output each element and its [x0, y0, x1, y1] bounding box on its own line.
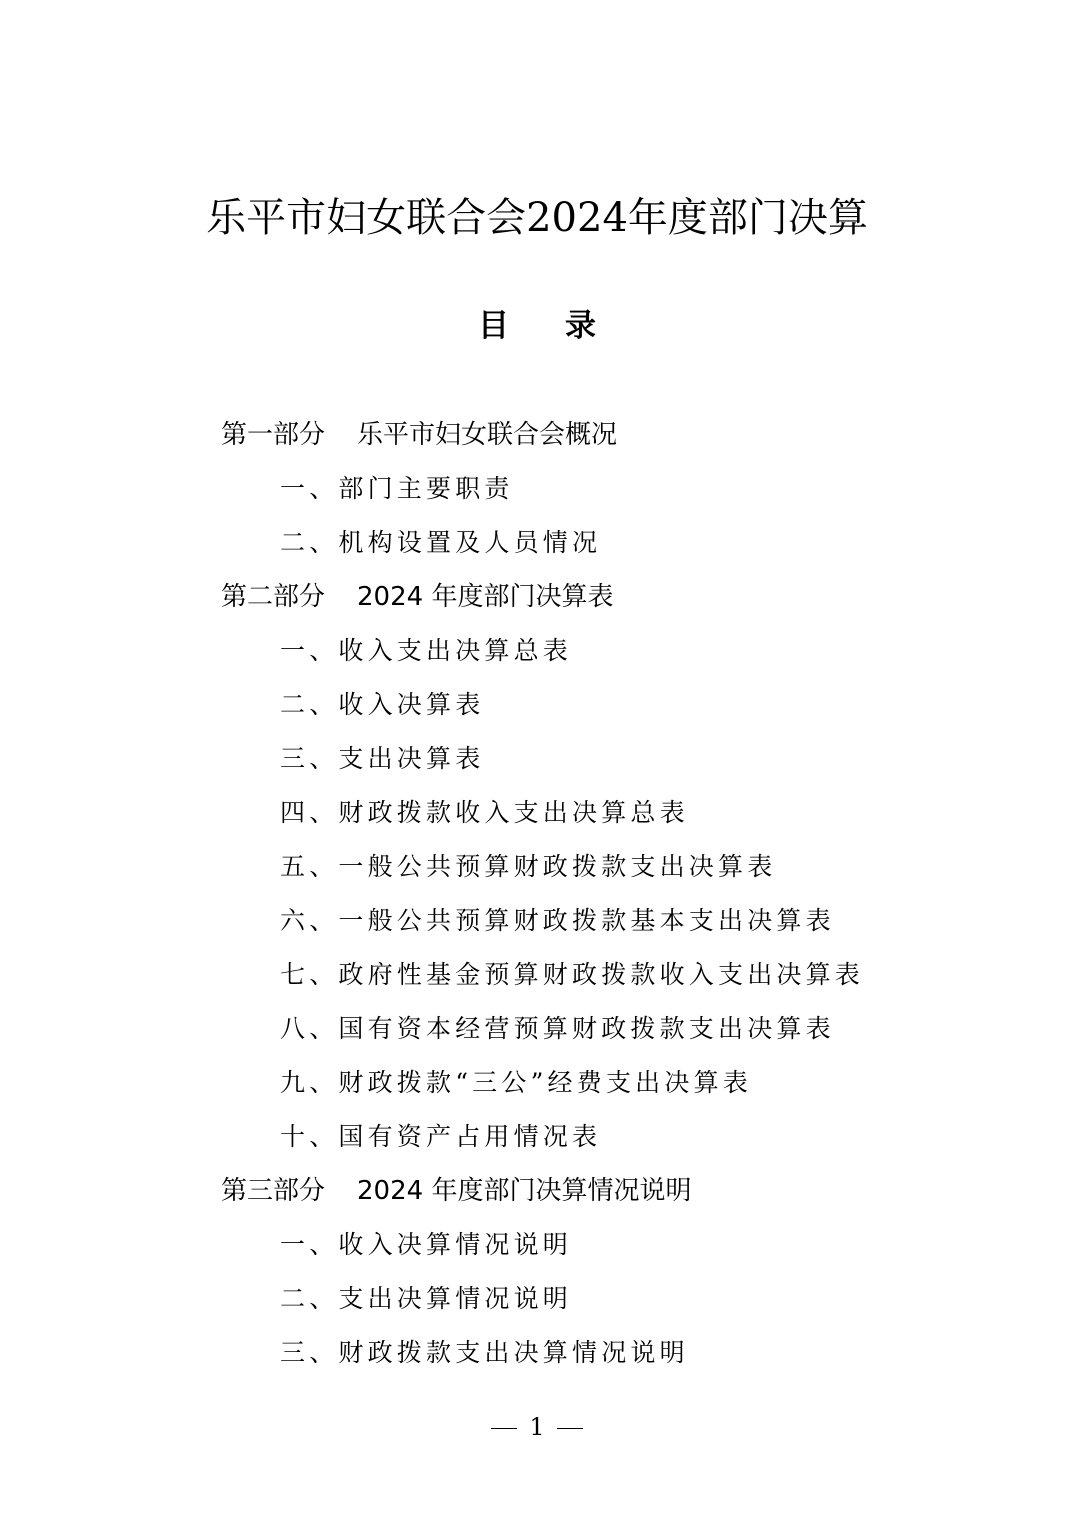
toc-heading-char-1: 目: [478, 304, 509, 348]
footer-dash-right: [557, 1428, 583, 1429]
part-prefix: 第二部分: [221, 582, 325, 612]
toc-part-3: 第三部分2024 年度部门决算情况说明: [221, 1164, 691, 1218]
page-footer: 1: [0, 1410, 1074, 1444]
toc-item: 八、国有资本经营预算财政拨款支出决算表: [280, 1002, 835, 1056]
toc-item: 二、收入决算表: [280, 678, 484, 732]
toc-item: 三、支出决算表: [280, 732, 484, 786]
toc-item: 十、国有资产占用情况表: [280, 1110, 601, 1164]
toc-heading-char-2: 录: [565, 304, 596, 348]
part-label: 2024 年度部门决算情况说明: [357, 1176, 691, 1206]
document-title: 乐平市妇女联合会2024年度部门决算: [0, 190, 1074, 246]
part-prefix: 第三部分: [221, 1176, 325, 1206]
toc-heading: 目录: [0, 304, 1074, 348]
toc-part-2: 第二部分2024 年度部门决算表: [221, 570, 613, 624]
page-number: 1: [529, 1413, 544, 1441]
toc-item: 一、收入决算情况说明: [280, 1218, 572, 1272]
toc-item: 二、支出决算情况说明: [280, 1272, 572, 1326]
part-label: 2024 年度部门决算表: [357, 582, 613, 612]
toc-item: 一、部门主要职责: [280, 462, 514, 516]
toc-item: 五、一般公共预算财政拨款支出决算表: [280, 840, 776, 894]
footer-dash-left: [491, 1428, 517, 1429]
toc-item: 四、财政拨款收入支出决算总表: [280, 786, 689, 840]
toc-item: 七、政府性基金预算财政拨款收入支出决算表: [280, 948, 864, 1002]
toc-item: 二、机构设置及人员情况: [280, 516, 601, 570]
toc-part-1: 第一部分乐平市妇女联合会概况: [221, 408, 617, 462]
toc-item: 一、收入支出决算总表: [280, 624, 572, 678]
toc-item: 六、一般公共预算财政拨款基本支出决算表: [280, 894, 835, 948]
part-label: 乐平市妇女联合会概况: [357, 420, 617, 450]
toc-item: 三、财政拨款支出决算情况说明: [280, 1326, 689, 1380]
part-prefix: 第一部分: [221, 420, 325, 450]
toc-item: 九、财政拨款“三公”经费支出决算表: [280, 1056, 752, 1110]
